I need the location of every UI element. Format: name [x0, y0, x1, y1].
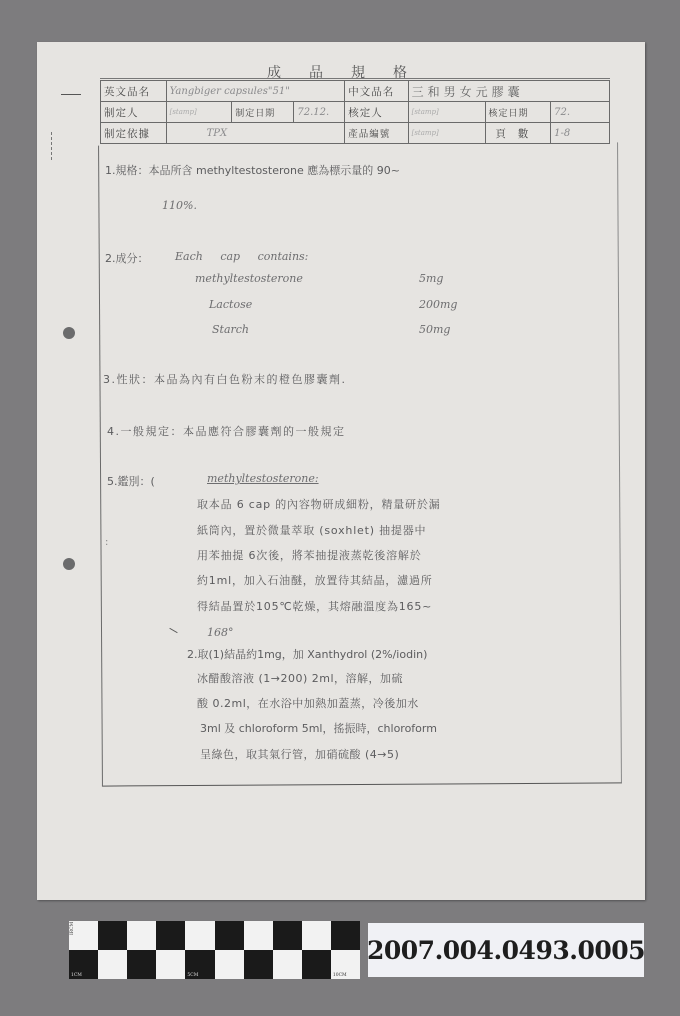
content-frame — [98, 142, 622, 786]
ingredient-amount: 50mg — [419, 323, 450, 336]
title-underline — [100, 78, 610, 79]
header-row: 制定人 [stamp] 制定日期 72.12. 核定人 [stamp] 核定日期… — [101, 102, 610, 123]
ingredient-amount: 200mg — [419, 298, 457, 311]
ingredient-name: methyltestosterone — [195, 272, 303, 285]
date-value: 72.12. — [294, 102, 345, 123]
author-label: 制定人 — [101, 102, 167, 123]
composition-heading: 2.成分： — [105, 250, 149, 266]
basis-label: 制定依據 — [101, 123, 167, 144]
ingredient-name: Lactose — [209, 298, 252, 311]
identification-text: 酸 0.2ml，在水浴中加熱加蓋蒸，冷後加水 — [197, 695, 419, 711]
margin-mark — [61, 94, 81, 95]
identification-text: 紙筒內，置於微量萃取 (soxhlet) 抽提器中 — [197, 522, 426, 538]
scale-bar: IRCM 1CM 5CM 10CM — [69, 921, 360, 979]
chinese-name-label: 中文品名 — [345, 81, 408, 102]
identification-text: 用苯抽提 6次後，將苯抽提液蒸乾後溶解於 — [197, 547, 422, 563]
product-no-label: 產品編號 — [345, 123, 408, 144]
scale-cell — [98, 950, 127, 979]
document-title: 成品規格 — [267, 62, 435, 82]
header-row: 制定依據 TPX 產品編號 [stamp] 頁數 1-8 — [101, 123, 610, 144]
ingredient-name: Starch — [212, 323, 249, 336]
scale-cell — [244, 950, 273, 979]
identification-text: 呈綠色，取其氣行管，加硝硫酸 (4→5) — [200, 746, 399, 762]
scale-cell — [273, 950, 302, 979]
general-requirement-line: 4.一般規定：本品應符合膠囊劑的一般規定 — [107, 423, 346, 439]
date-label: 制定日期 — [232, 102, 294, 123]
accession-number-card: 2007.004.0493.0005 — [368, 923, 644, 977]
pages-value: 1-8 — [551, 123, 610, 144]
scale-cell — [156, 950, 185, 979]
spec-line-2: 110%. — [162, 199, 197, 212]
chinese-name-value: 三和男女元膠囊 — [408, 81, 609, 102]
punch-hole — [63, 327, 75, 339]
identification-text: 3ml 及 chloroform 5ml，搖振時，chloroform — [200, 720, 437, 736]
appearance-line: 3.性狀：本品為內有白色粉末的橙色膠囊劑. — [103, 371, 347, 387]
reviewer-label: 核定人 — [345, 102, 408, 123]
stray-mark: : — [105, 537, 108, 548]
scale-cell — [302, 921, 331, 950]
spec-line-1: 1.規格：本品所含 methyltestosterone 應為標示量的 90~ — [105, 162, 400, 178]
identification-text: 得結晶置於105℃乾燥，其熔融溫度為165~ — [197, 598, 432, 614]
review-date-value: 72. — [551, 102, 610, 123]
header-row: 英文品名 Yangbiger capsules"51" 中文品名 三和男女元膠囊 — [101, 81, 610, 102]
identification-text: 冰醋酸溶液 (1→200) 2ml，溶解，加硫 — [197, 670, 403, 686]
punch-hole — [63, 558, 75, 570]
margin-vertical-mark — [51, 132, 52, 160]
identification-text: 2.取(1)結晶約1mg，加 Xanthydrol (2%/iodin) — [187, 646, 427, 662]
document-sheet: 成品規格 英文品名 Yangbiger capsules"51" 中文品名 三和… — [37, 42, 645, 900]
scale-cell — [127, 950, 156, 979]
scale-cell — [215, 921, 244, 950]
scale-label-1cm: 1CM — [71, 973, 82, 978]
scale-corner-label: IRCM — [70, 922, 75, 935]
scale-cell — [98, 921, 127, 950]
scale-cell — [302, 950, 331, 979]
scale-cell — [127, 921, 156, 950]
ingredient-amount: 5mg — [419, 272, 443, 285]
scale-cell: 10CM — [331, 950, 360, 979]
scale-cell — [215, 950, 244, 979]
scale-cell — [156, 921, 185, 950]
product-no-stamp: [stamp] — [408, 123, 485, 144]
scale-cell: 1CM — [69, 950, 98, 979]
identification-text: 約1ml，加入石油醚，放置待其結晶，濾過所 — [197, 572, 433, 588]
scale-cell: IRCM — [69, 921, 98, 950]
header-table: 英文品名 Yangbiger capsules"51" 中文品名 三和男女元膠囊… — [100, 80, 610, 144]
identification-subtitle: methyltestosterone: — [207, 472, 319, 485]
scale-label-10cm: 10CM — [333, 973, 347, 978]
english-name-label: 英文品名 — [101, 81, 167, 102]
reviewer-stamp: [stamp] — [408, 102, 485, 123]
scale-cell — [244, 921, 273, 950]
composition-intro: Each cap contains: — [175, 250, 308, 263]
english-name-value: Yangbiger capsules"51" — [166, 81, 345, 102]
author-stamp: [stamp] — [166, 102, 232, 123]
review-date-label: 核定日期 — [485, 102, 551, 123]
scale-cell: 5CM — [185, 950, 214, 979]
identification-text: 168° — [207, 626, 234, 639]
scale-cell — [185, 921, 214, 950]
identification-text: 取本品 6 cap 的內容物研成細粉，精量研於漏 — [197, 496, 440, 512]
identification-heading: 5.鑑別：( — [107, 473, 155, 489]
scale-label-5cm: 5CM — [187, 973, 198, 978]
pages-label: 頁數 — [485, 123, 551, 144]
basis-value: TPX — [166, 123, 345, 144]
scale-cell — [273, 921, 302, 950]
scale-cell — [331, 921, 360, 950]
